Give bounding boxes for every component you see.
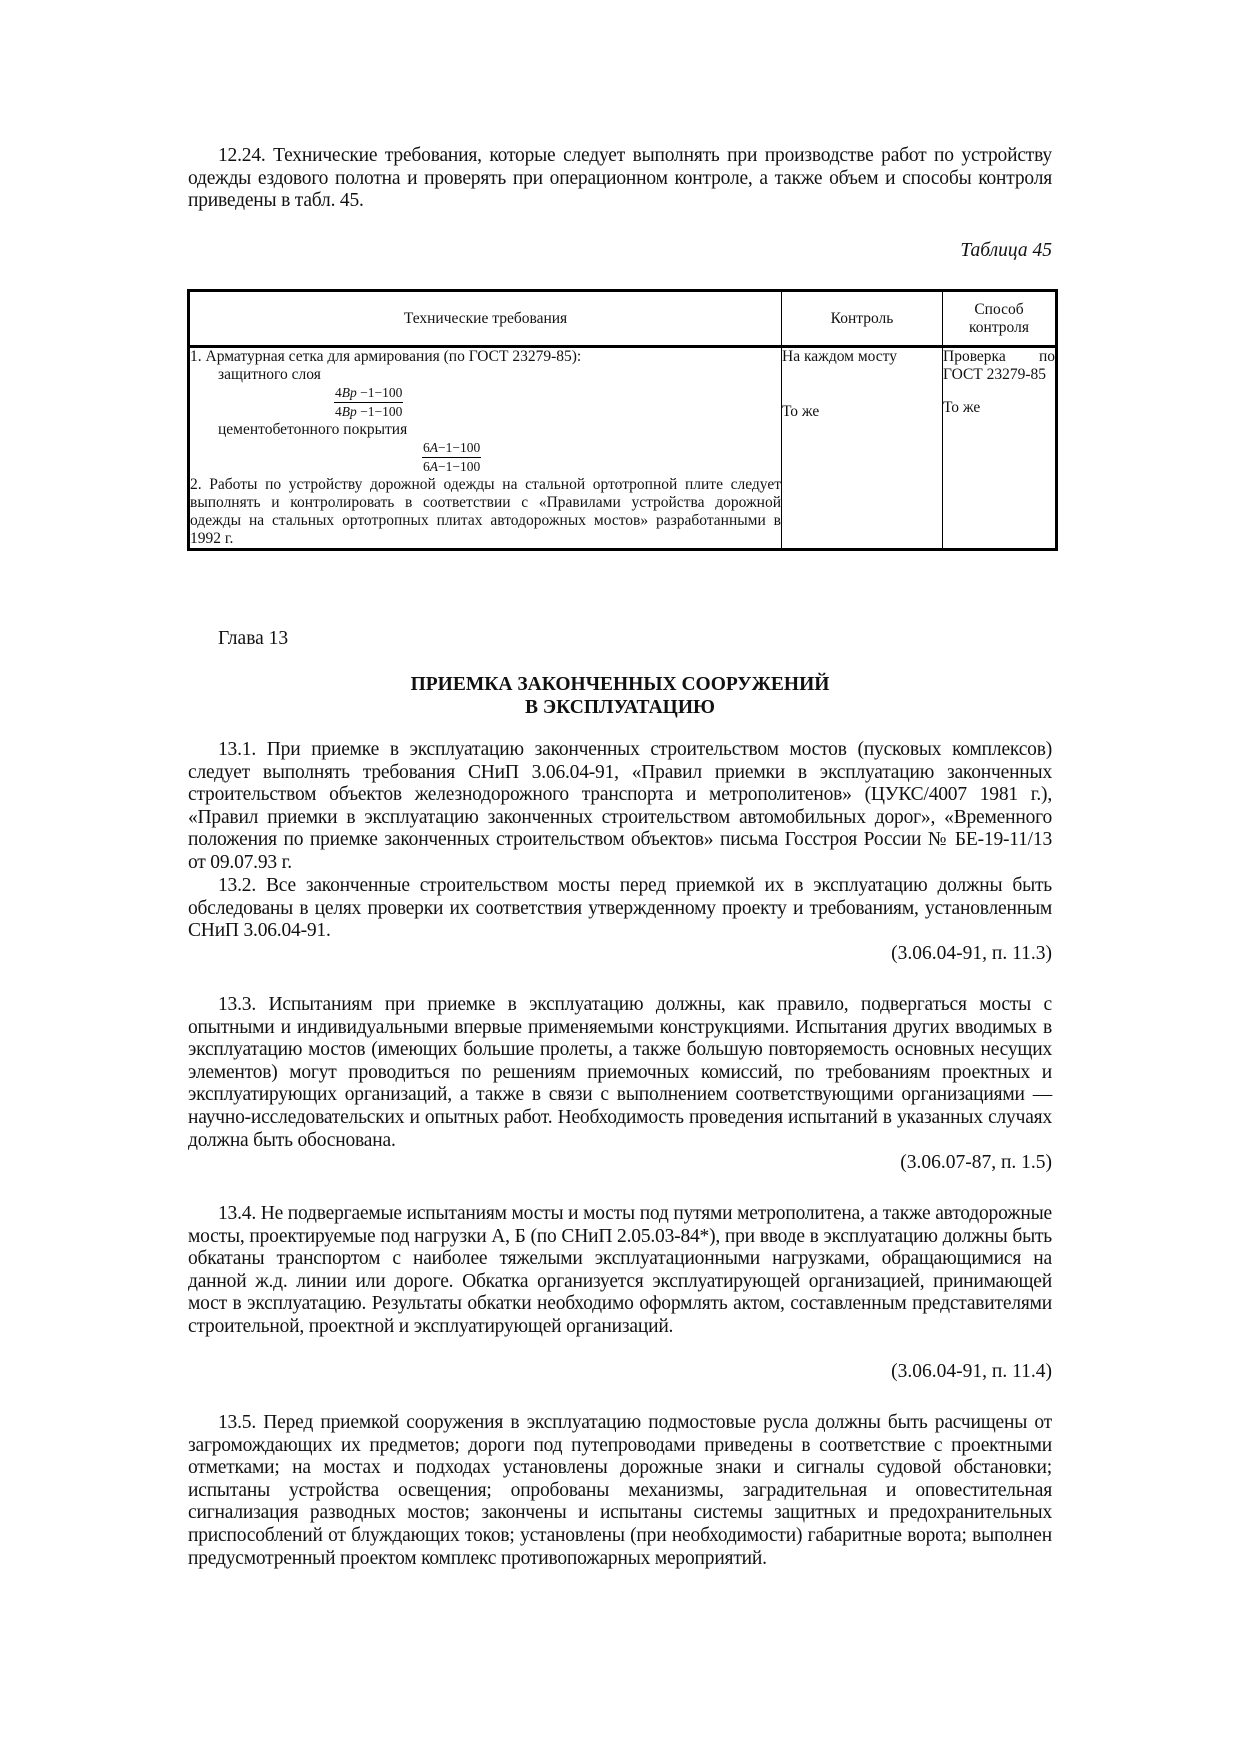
control-value-2: То же — [782, 403, 942, 421]
item-1-sub1-label: защитного слоя — [190, 366, 781, 384]
paragraph-13-3: 13.3. Испытаниям при приемке в эксплуата… — [188, 994, 1052, 1152]
method-value-1-line2: ГОСТ 23279-85 — [943, 366, 1055, 384]
control-value-1: На каждом мосту — [782, 348, 942, 366]
chapter-title-line-1: ПРИЕМКА ЗАКОНЧЕННЫХ СООРУЖЕНИЙ — [188, 674, 1052, 697]
header-control: Контроль — [782, 291, 943, 347]
paragraph-13-5: 13.5. Перед приемкой сооружения в эксплу… — [188, 1412, 1052, 1570]
table-row: 1. Арматурная сетка для армирования (по … — [189, 347, 1057, 550]
method-cell: Проверка по ГОСТ 23279-85 То же — [943, 347, 1057, 550]
chapter-title-line-2: В ЭКСПЛУАТАЦИЮ — [188, 697, 1052, 720]
reference-13-2: (3.06.04-91, п. 11.3) — [891, 943, 1052, 966]
header-method: Способ контроля — [943, 291, 1057, 347]
reference-13-3: (3.06.07-87, п. 1.5) — [900, 1152, 1052, 1175]
item-2-text: 2. Работы по устройству дорожной одежды … — [190, 476, 781, 548]
table-header-row: Технические требования Контроль Способ к… — [189, 291, 1057, 347]
method-value-1-line1: Проверка по — [943, 348, 1055, 366]
paragraph-13-2: 13.2. Все законченные строительством мос… — [188, 875, 1052, 943]
paragraph-13-1: 13.1. При приемке в эксплуатацию законче… — [188, 739, 1052, 875]
header-requirements: Технические требования — [189, 291, 782, 347]
formula-protective-layer: 4Bp −1−100 4Bp −1−100 — [334, 385, 403, 420]
control-cell: На каждом мосту То же — [782, 347, 943, 550]
chapter-label: Глава 13 — [218, 628, 288, 650]
table-caption: Таблица 45 — [960, 240, 1052, 262]
table-45: Технические требования Контроль Способ к… — [187, 289, 1058, 551]
paragraph-12-24: 12.24. Технические требования, которые с… — [188, 145, 1052, 213]
item-1-sub2-label: цементобетонного покрытия — [190, 421, 781, 439]
reference-13-4: (3.06.04-91, п. 11.4) — [891, 1361, 1052, 1384]
formula-cement-concrete: 6A−1−100 6A−1−100 — [422, 440, 481, 475]
item-1-title: 1. Арматурная сетка для армирования (по … — [190, 348, 781, 366]
paragraph-13-4: 13.4. Не подвергаемые испытаниям мосты и… — [188, 1203, 1052, 1339]
requirements-cell: 1. Арматурная сетка для армирования (по … — [189, 347, 782, 550]
method-value-2: То же — [943, 399, 1055, 417]
chapter-title: ПРИЕМКА ЗАКОНЧЕННЫХ СООРУЖЕНИЙ В ЭКСПЛУА… — [188, 674, 1052, 719]
